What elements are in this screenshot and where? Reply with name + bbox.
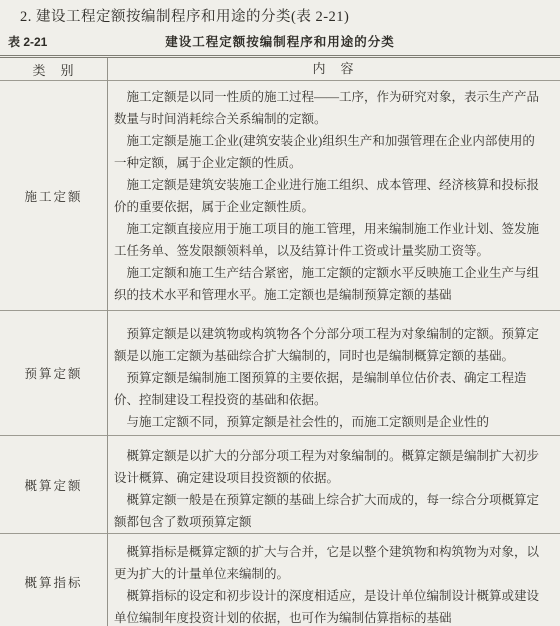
row-category-label: 施工定额 [0,81,107,310]
section-heading: 2. 建设工程定额按编制程序和用途的分类(表 2-21) [0,0,560,27]
content-paragraph: 预算定额是以建筑物或构筑物各个分部分项工程为对象编制的定额。预算定额是以施工定额… [114,323,546,367]
table-title: 建设工程定额按编制程序和用途的分类 [0,32,560,50]
content-paragraph: 施工定额是施工企业(建筑安装企业)组织生产和加强管理在企业内部使用的一种定额，属… [114,130,546,174]
content-paragraph: 概算指标是概算定额的扩大与合并，它是以整个建筑物和构筑物为对象，以更为扩大的计量… [114,541,546,585]
content-paragraph: 概算定额是以扩大的分部分项工程为对象编制的。概算定额是编制扩大初步设计概算、确定… [114,445,546,489]
column-divider-rule [107,58,108,626]
content-paragraph: 施工定额直接应用于施工项目的施工管理，用来编制施工作业计划、签发施工任务单、签发… [114,218,546,262]
row-content-cell: 预算定额是以建筑物或构筑物各个分部分项工程为对象编制的定额。预算定额是以施工定额… [107,311,560,435]
table-row-construction-quota: 施工定额 施工定额是以同一性质的施工过程——工序，作为研究对象，表示生产产品数量… [0,81,560,311]
table-row-budget-quota: 预算定额 预算定额是以建筑物或构筑物各个分部分项工程为对象编制的定额。预算定额是… [0,311,560,436]
content-paragraph: 预算定额是编制施工图预算的主要依据，是编制单位估价表、确定工程造价、控制建设工程… [114,367,546,411]
row-category-label: 概算定额 [0,436,107,533]
row-category-label: 概算指标 [0,534,107,626]
content-paragraph: 与施工定额不同，预算定额是社会性的，而施工定额则是企业性的 [114,411,546,433]
table-number-label: 表 2-21 [8,33,47,50]
content-paragraph: 概算指标的设定和初步设计的深度相适应，是设计单位编制设计概算或建设单位编制年度投… [114,585,546,626]
table-row-estimate-index: 概算指标 概算指标是概算定额的扩大与合并，它是以整个建筑物和构筑物为对象，以更为… [0,534,560,626]
quota-classification-table: 类 别 内 容 施工定额 施工定额是以同一性质的施工过程——工序，作为研究对象，… [0,55,560,626]
content-paragraph: 施工定额是建筑安装施工企业进行施工组织、成本管理、经济核算和投标报价的重要依据，… [114,174,546,218]
row-category-label: 预算定额 [0,311,107,435]
row-content-cell: 概算定额是以扩大的分部分项工程为对象编制的。概算定额是编制扩大初步设计概算、确定… [107,436,560,533]
book-page: { "page": { "heading": "2. 建设工程定额按编制程序和用… [0,0,560,626]
content-paragraph: 施工定额是以同一性质的施工过程——工序，作为研究对象，表示生产产品数量与时间消耗… [114,86,546,130]
content-paragraph: 施工定额和施工生产结合紧密，施工定额的定额水平反映施工企业生产与组织的技术水平和… [114,262,546,306]
table-row-estimate-quota: 概算定额 概算定额是以扩大的分部分项工程为对象编制的。概算定额是编制扩大初步设计… [0,436,560,534]
table-header-row: 类 别 内 容 [0,58,560,81]
content-paragraph: 概算定额一般是在预算定额的基础上综合扩大而成的，每一综合分项概算定额都包含了数项… [114,489,546,533]
row-content-cell: 施工定额是以同一性质的施工过程——工序，作为研究对象，表示生产产品数量与时间消耗… [107,81,560,310]
table-caption: 表 2-21 建设工程定额按编制程序和用途的分类 [0,32,560,49]
column-header-category: 类 别 [0,58,107,80]
row-content-cell: 概算指标是概算定额的扩大与合并，它是以整个建筑物和构筑物为对象，以更为扩大的计量… [107,534,560,626]
column-header-content: 内 容 [107,58,560,80]
